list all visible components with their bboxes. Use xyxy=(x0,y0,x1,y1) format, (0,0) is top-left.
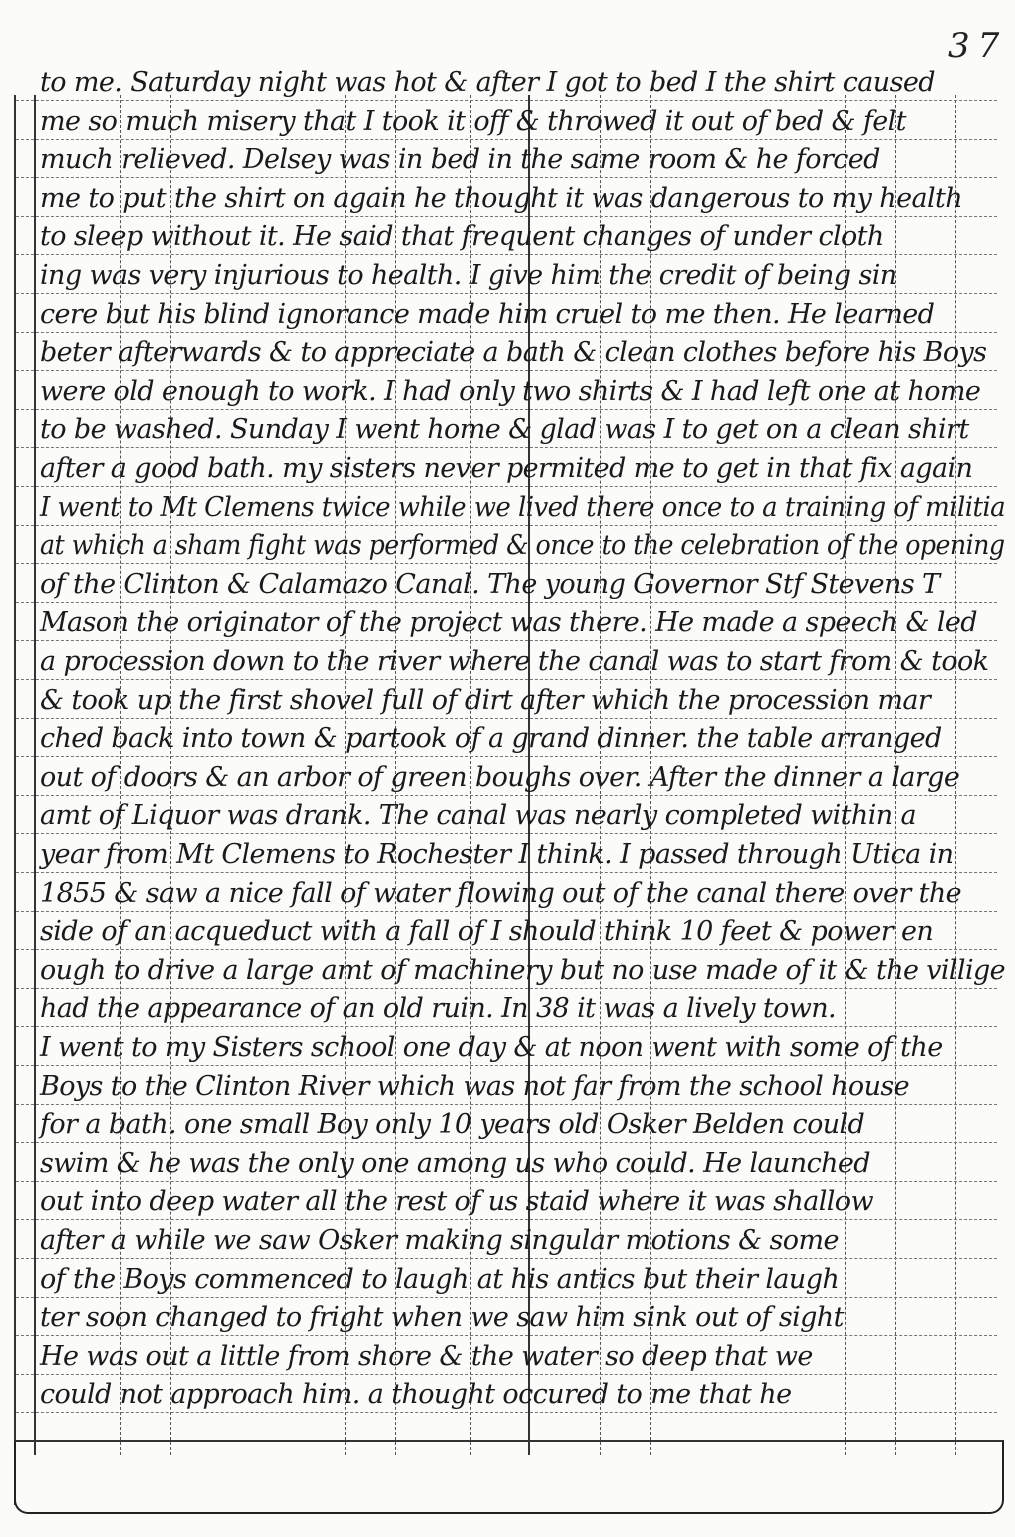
text-line: to be washed. Sunday I went home & glad … xyxy=(40,409,1000,451)
text-line: for a bath. one small Boy only 10 years … xyxy=(40,1104,1000,1146)
text-line: I went to Mt Clemens twice while we live… xyxy=(40,487,966,529)
text-line: of the Boys commenced to laugh at his an… xyxy=(40,1259,1000,1301)
text-line: ter soon changed to fright when we saw h… xyxy=(40,1297,1000,1339)
text-line: a procession down to the river where the… xyxy=(40,641,1000,683)
text-line: out into deep water all the rest of us s… xyxy=(40,1181,1000,1223)
text-line: out of doors & an arbor of green boughs … xyxy=(40,757,1000,799)
text-line: year from Mt Clemens to Rochester I thin… xyxy=(40,834,1000,876)
text-line: could not approach him. a thought occure… xyxy=(40,1374,1000,1416)
text-line: were old enough to work. I had only two … xyxy=(40,371,1000,413)
text-line: ing was very injurious to health. I give… xyxy=(40,255,1000,297)
text-line: side of an acqueduct with a fall of I sh… xyxy=(40,911,1000,953)
page-number: 37 xyxy=(948,26,1007,66)
text-line: Mason the originator of the project was … xyxy=(40,602,1000,644)
text-line: much relieved. Delsey was in bed in the … xyxy=(40,139,1000,181)
text-line: at which a sham fight was performed & on… xyxy=(40,525,939,567)
text-line: ough to drive a large amt of machinery b… xyxy=(40,950,998,992)
text-line: ched back into town & partook of a grand… xyxy=(40,718,1000,760)
text-line: He was out a little from shore & the wat… xyxy=(40,1336,1000,1378)
text-line: amt of Liquor was drank. The canal was n… xyxy=(40,795,1000,837)
text-line: cere but his blind ignorance made him cr… xyxy=(40,294,1000,336)
text-line: swim & he was the only one among us who … xyxy=(40,1143,1000,1185)
ledger-bottom-frame xyxy=(14,1440,1004,1514)
text-line: & took up the first shovel full of dirt … xyxy=(40,680,1000,722)
text-line: of the Clinton & Calamazo Canal. The you… xyxy=(40,564,1000,606)
text-line: I went to my Sisters school one day & at… xyxy=(40,1027,1000,1069)
text-line: had the appearance of an old ruin. In 38… xyxy=(40,988,1000,1030)
text-line: 1855 & saw a nice fall of water flowing … xyxy=(40,873,1000,915)
text-line: after a while we saw Osker making singul… xyxy=(40,1220,1000,1262)
text-line: to me. Saturday night was hot & after I … xyxy=(40,62,1000,104)
text-line: after a good bath. my sisters never perm… xyxy=(40,448,1000,490)
text-line: to sleep without it. He said that freque… xyxy=(40,216,1000,258)
text-line: me to put the shirt on again he thought … xyxy=(40,178,1000,220)
text-line: beter afterwards & to appreciate a bath … xyxy=(40,332,1000,374)
ledger-margin-column xyxy=(14,95,32,1505)
text-line: Boys to the Clinton River which was not … xyxy=(40,1066,1000,1108)
manuscript-page: 37 to me. Saturday night was hot & after… xyxy=(0,0,1015,1537)
ledger-column-rule xyxy=(34,95,36,1455)
text-line: me so much misery that I took it off & t… xyxy=(40,101,1000,143)
